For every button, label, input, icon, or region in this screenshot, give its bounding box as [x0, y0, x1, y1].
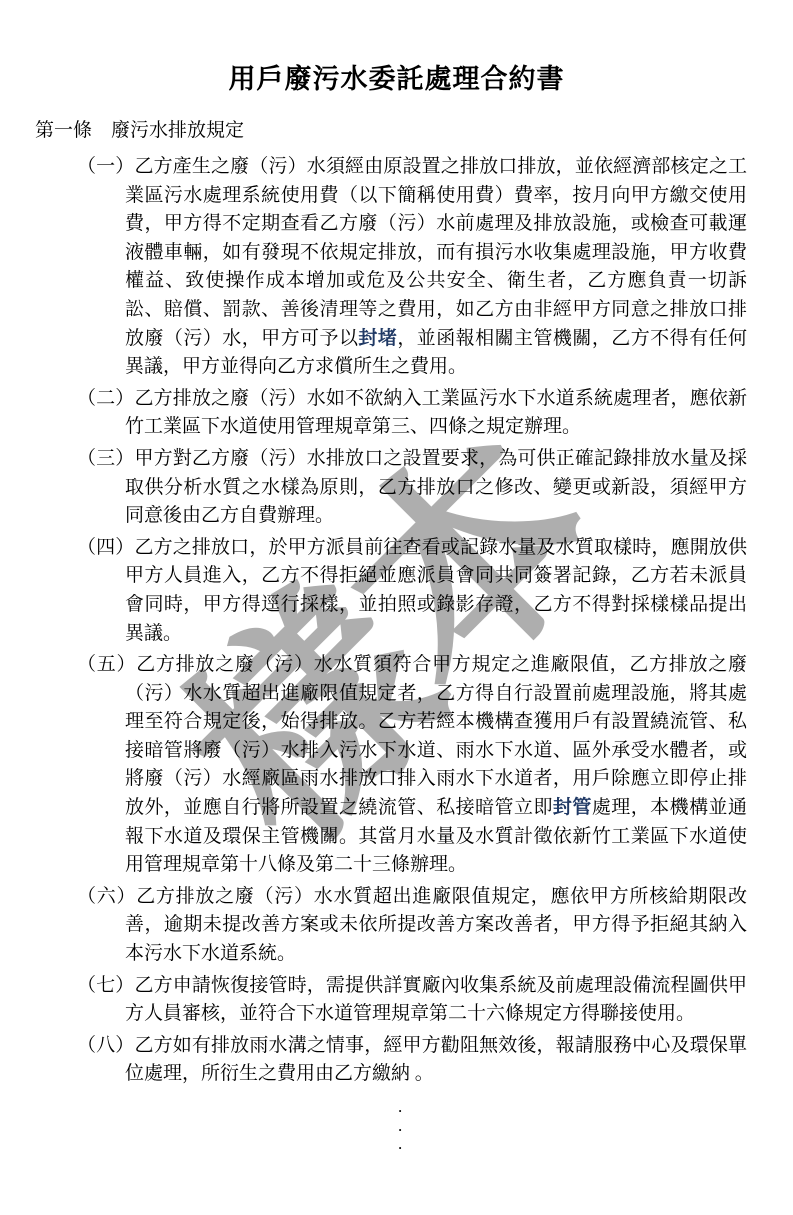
item-text: 乙方排放之廢（污）水水質超出進廠限值規定，應依甲方所核給期限改善，逾期未提改善方… [125, 886, 747, 964]
item-marker: （六） [77, 886, 136, 907]
continuation-dots: . . . [398, 1098, 793, 1154]
continuation-dot: . [398, 1117, 793, 1136]
article-heading: 第一條 廢污水排放規定 [35, 115, 793, 142]
contract-item-5: （五）乙方排放之廢（污）水水質須符合甲方規定之進廠限值，乙方排放之廢（污）水水質… [0, 651, 747, 880]
contract-item-8: （八）乙方如有排放雨水溝之情事，經甲方勸阻無效後，報請服務中心及環保單位處理，所… [0, 1032, 747, 1089]
item-text: 乙方排放之廢（污）水水質須符合甲方規定之進廠限值，乙方排放之廢（污）水水質超出進… [125, 654, 747, 818]
contract-page: 樣本 用戶廢污水委託處理合約書 第一條 廢污水排放規定 （一）乙方產生之廢（污）… [0, 0, 793, 1215]
item-text: 乙方如有排放雨水溝之情事，經甲方勸阻無效後，報請服務中心及環保單位處理，所衍生之… [125, 1035, 747, 1085]
contract-item-6: （六）乙方排放之廢（污）水水質超出進廠限值規定，應依甲方所核給期限改善，逾期未提… [0, 883, 747, 969]
contract-item-4: （四）乙方之排放口，於甲方派員前往查看或記錄水量及水質取樣時，應開放供甲方人員進… [0, 534, 747, 648]
article-items: （一）乙方產生之廢（污）水須經由原設置之排放口排放，並依經濟部核定之工業區污水處… [0, 153, 747, 1089]
item-text: 乙方之排放口，於甲方派員前往查看或記錄水量及水質取樣時，應開放供甲方人員進入，乙… [125, 537, 747, 644]
document-title: 用戶廢污水委託處理合約書 [0, 0, 793, 96]
contract-item-7: （七）乙方申請恢復接管時，需提供詳實廠內收集系統及前處理設備流程圖供甲方人員審核… [0, 972, 747, 1029]
sealing-term-emphasis: 封管 [553, 797, 592, 818]
contract-item-2: （二）乙方排放之廢（污）水如不欲納入工業區污水下水道系統處理者，應依新竹工業區下… [0, 385, 747, 442]
contract-item-3: （三）甲方對乙方廢（污）水排放口之設置要求，為可供正確記錄排放水量及採取供分析水… [0, 445, 747, 531]
item-marker: （三） [77, 448, 134, 469]
item-marker: （四） [77, 537, 134, 558]
continuation-dot: . [398, 1135, 793, 1154]
sealing-term-emphasis: 封堵 [358, 328, 397, 349]
item-text: 乙方產生之廢（污）水須經由原設置之排放口排放，並依經濟部核定之工業區污水處理系統… [125, 156, 747, 349]
item-marker: （五） [77, 654, 136, 675]
item-marker: （一） [77, 156, 134, 177]
item-text: 乙方申請恢復接管時，需提供詳實廠內收集系統及前處理設備流程圖供甲方人員審核，並符… [125, 975, 747, 1025]
contract-item-1: （一）乙方產生之廢（污）水須經由原設置之排放口排放，並依經濟部核定之工業區污水處… [0, 153, 747, 382]
item-text: 甲方對乙方廢（污）水排放口之設置要求，為可供正確記錄排放水量及採取供分析水質之水… [125, 448, 747, 526]
continuation-dot: . [398, 1098, 793, 1117]
item-marker: （七） [77, 975, 134, 996]
contract-content: 用戶廢污水委託處理合約書 第一條 廢污水排放規定 （一）乙方產生之廢（污）水須經… [0, 0, 793, 1154]
item-marker: （八） [77, 1035, 134, 1056]
item-text: 乙方排放之廢（污）水如不欲納入工業區污水下水道系統處理者，應依新竹工業區下水道使… [125, 388, 747, 438]
item-marker: （二） [77, 388, 134, 409]
